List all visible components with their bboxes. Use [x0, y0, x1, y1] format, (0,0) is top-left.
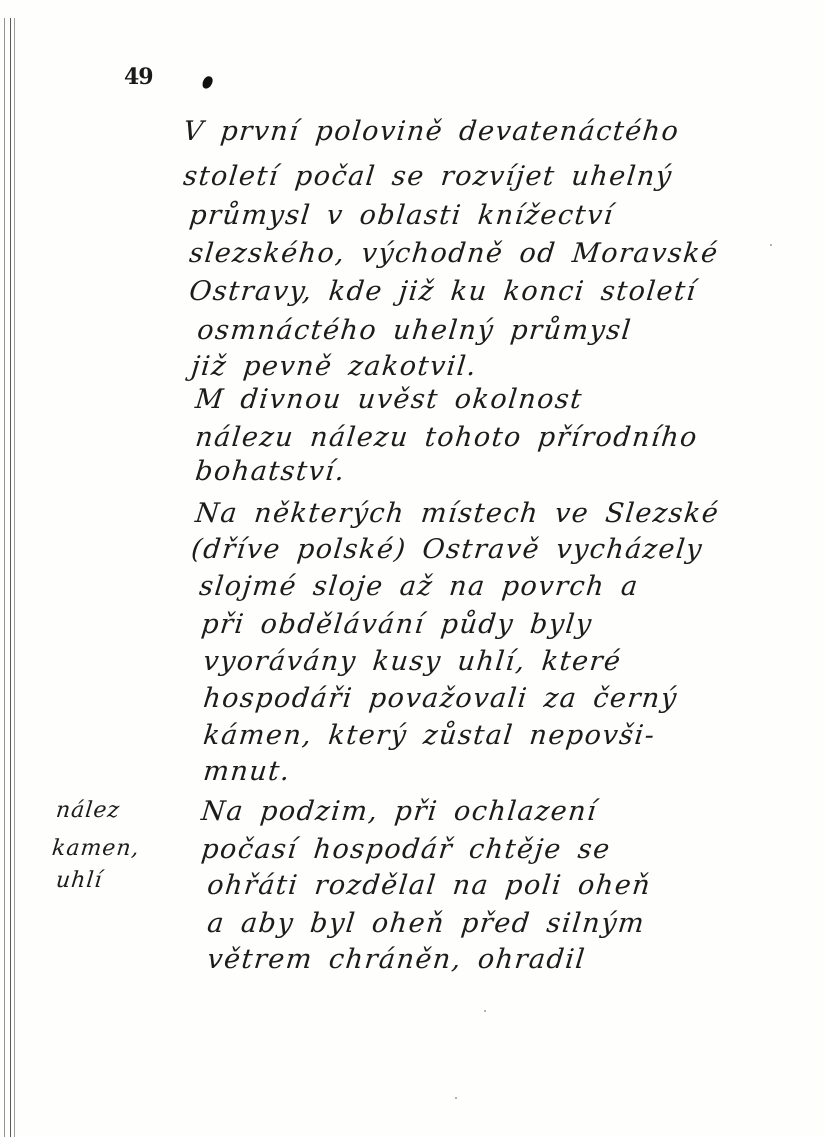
margin-note-2: kamen, — [51, 838, 141, 860]
manuscript-page: 49 V první polovině devatenáctého stolet… — [0, 0, 824, 1137]
binding-edge-line — [14, 18, 15, 1137]
body-line-5: Ostravy, kde již ku konci století — [188, 278, 698, 305]
body-line-2: století počal se rozvíjet uhelný — [182, 163, 674, 190]
body-line-11: Na některých místech ve Slezské — [194, 500, 721, 527]
scan-speck — [770, 244, 772, 246]
body-line-3: průmysl v oblasti knížectví — [188, 202, 615, 229]
body-line-4: slezského, východně od Moravské — [188, 240, 720, 267]
body-line-19: Na podzim, při ochlazení — [200, 798, 599, 825]
body-line-6: osmnáctého uhelný průmysl — [196, 317, 633, 344]
body-line-13: slojmé sloje až na povrch a — [198, 573, 640, 600]
body-line-8: M divnou uvěst okolnost — [194, 386, 584, 413]
body-line-17: kámen, který zůstal nepovši- — [202, 722, 657, 749]
scan-speck — [484, 1010, 486, 1012]
body-line-21: ohřáti rozdělal na poli oheň — [206, 872, 653, 899]
ink-blot-mark — [201, 75, 215, 91]
body-line-16: hospodáři považovali za černý — [202, 685, 679, 712]
scan-speck — [455, 1097, 457, 1099]
body-line-20: počasí hospodář chtěje se — [200, 836, 612, 863]
body-line-9: nálezu nálezu tohoto přírodního — [194, 424, 699, 451]
page-number: 49 — [124, 64, 153, 90]
margin-note-3: uhlí — [55, 870, 104, 892]
binding-edge-line — [10, 18, 11, 1137]
body-line-12: (dříve polské) Ostravě vycházely — [190, 536, 704, 563]
body-line-23: větrem chráněn, ohradil — [206, 946, 587, 973]
body-line-10: bohatství. — [194, 458, 347, 485]
body-line-22: a aby byl oheň před silným — [206, 910, 646, 937]
body-line-1: V první polovině devatenáctého — [182, 118, 681, 145]
binding-edge-line — [4, 18, 5, 1137]
body-line-7: již pevně zakotvil. — [190, 353, 479, 380]
body-line-18: mnut. — [202, 758, 292, 785]
body-line-15: vyorávány kusy uhlí, které — [202, 648, 623, 675]
margin-note-1: nález — [55, 800, 121, 822]
body-line-14: při obdělávání půdy byly — [200, 611, 594, 638]
